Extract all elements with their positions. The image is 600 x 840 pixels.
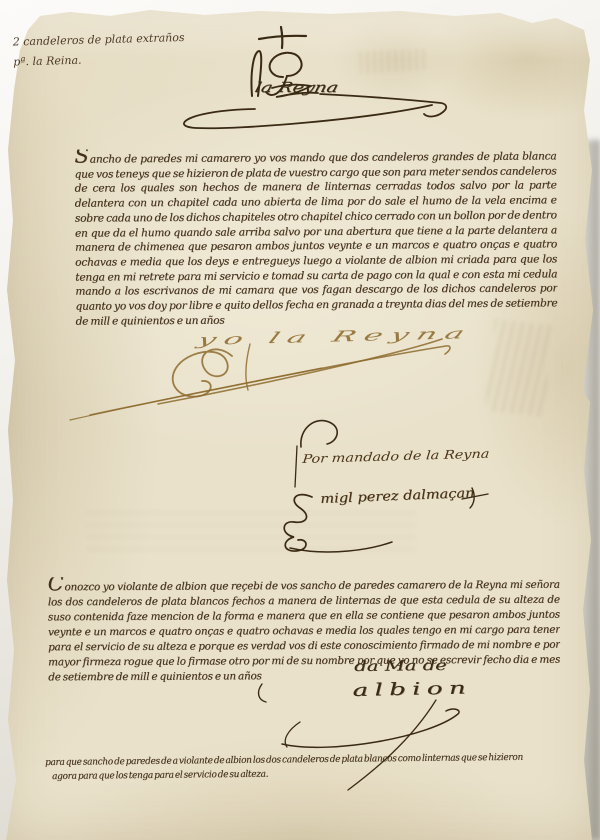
docket-note: para que sancho de paredes de a violante… [45,757,565,782]
receipt-signature-line2: albion [352,678,472,701]
royal-order-text: Sancho de paredes mi camarero yo vos man… [74,146,557,331]
receipt-signature-line1: da Ma de [354,658,447,675]
heading-la-reyna: la Reyna [253,80,340,96]
parchment-sheet [0,0,600,840]
manuscript-photo: 2 candeleros de plata extraños pª. la Re… [0,0,600,840]
archival-note: 2 candeleros de plata extraños pª. la Re… [13,28,204,73]
docket-line2: agora para que los tenga para el servici… [52,766,545,782]
receipt-text: Conozco yo violante de albion que reçebi… [48,575,561,690]
